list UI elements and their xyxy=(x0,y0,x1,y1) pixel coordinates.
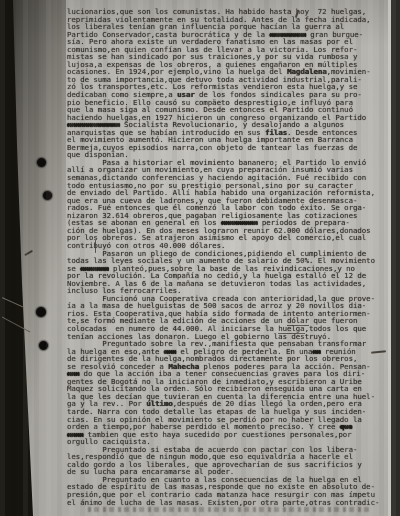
hole-punch xyxy=(37,158,46,167)
text-line: el ánimo de lucha de las masas. Existen,… xyxy=(67,499,395,507)
text-block: lucionarios,que son los comunistas. Ha h… xyxy=(67,8,395,506)
scanned-document-page: lucionarios,que son los comunistas. Ha h… xyxy=(0,0,400,516)
hole-punch xyxy=(36,307,46,317)
hole-punch xyxy=(43,191,52,200)
cut-off-line xyxy=(88,507,370,512)
hole-punch xyxy=(39,341,48,350)
